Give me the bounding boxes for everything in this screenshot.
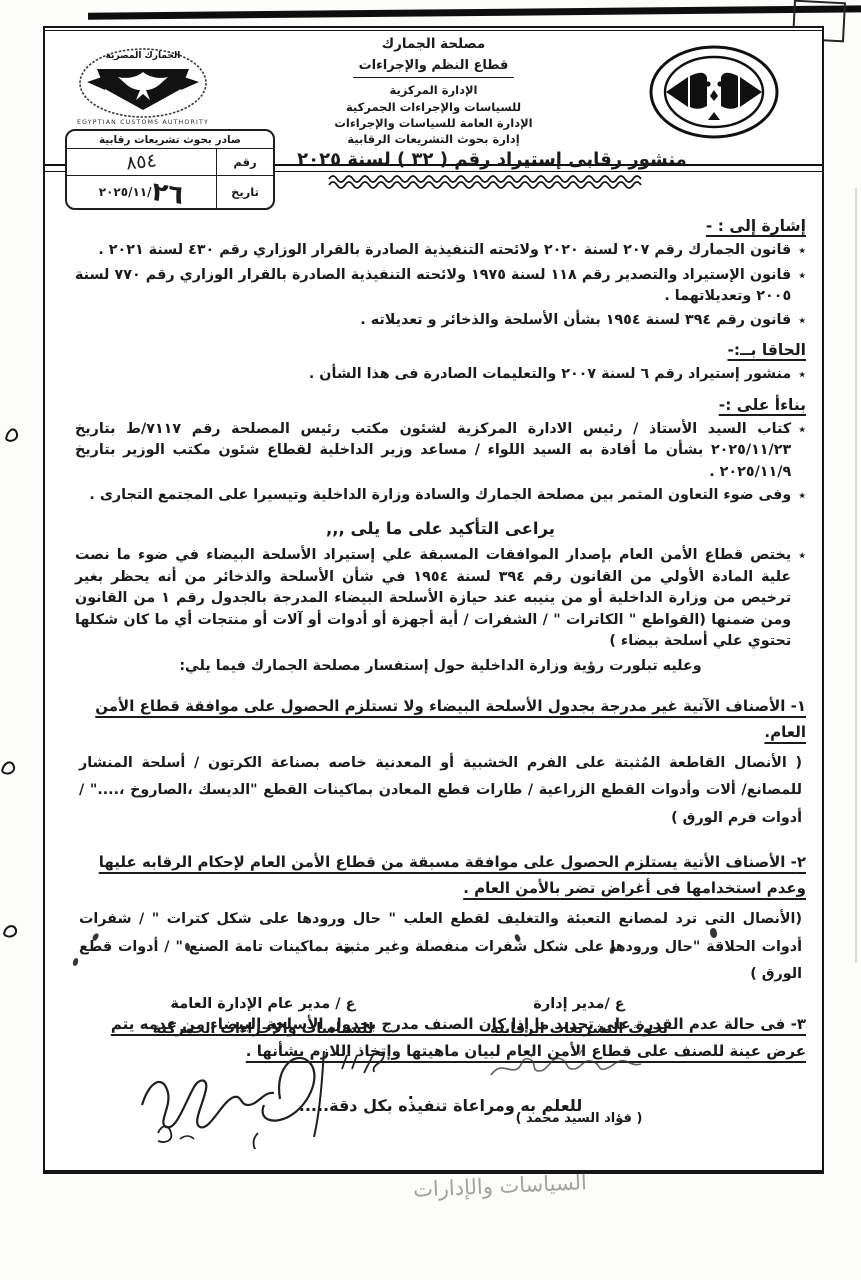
sector-name-wrap: قطاع النظم والإجراءات (353, 54, 515, 79)
frame-inner-rule (45, 30, 822, 31)
based-on-heading: بناءأ على :- (75, 394, 806, 417)
registry-stamp-box: صادر بحوث تشريعات رقابية رقم ٨٥٤ تاريخ ٢… (65, 129, 275, 210)
attached-item-text: منشور إستيراد رقم ٦ لسنة ٢٠٠٧ والتعليمات… (75, 364, 791, 385)
signatory-name-right: ( فؤاد السيد محمد ) (454, 1108, 704, 1130)
margin-ink-mark (2, 922, 18, 944)
stamp-number-label: رقم (216, 149, 273, 175)
item1-body: ( الأنصال القاطعة المُثبتة على الفرم الخ… (79, 750, 802, 834)
authority-name: مصلحة الجمارك (225, 36, 642, 54)
bullet-asterisk: ٭ (798, 240, 806, 262)
bullet-asterisk: ٭ (798, 265, 806, 287)
signature-section: ع /مدير إدارة بحوث التشريعات الرقابية ( … (123, 992, 704, 1158)
central-admin-line: الإدارة المركزية (225, 82, 642, 98)
signature-right-title: ع /مدير إدارة (454, 992, 704, 1017)
margin-ink-mark (0, 758, 16, 780)
based-on-item: ٭ وفى ضوء التعاون المثمر بين مصلحة الجما… (75, 485, 806, 507)
bullet-asterisk: ٭ (798, 545, 806, 567)
handwritten-day: ٢٦ (151, 181, 185, 206)
item1-heading: ١- الأصناف الآتية غير مدرجة بجدول الأسلح… (75, 693, 806, 746)
document-frame: الجمارك المصرية EGYPTIAN CUSTOMS AUTHORI… (43, 26, 824, 1174)
main-paragraph: ٭ يختص قطاع الأمن العام بإصدار الموافقات… (75, 545, 806, 652)
reference-item: ٭ قانون رقم ٣٩٤ لسنة ١٩٥٤ بشأن الأسلحة و… (75, 310, 806, 332)
reference-item-text: قانون الإستيراد والتصدير رقم ١١٨ لسنة ١٩… (75, 265, 791, 308)
stamp-title: صادر بحوث تشريعات رقابية (67, 131, 273, 149)
signature-block-left: ع / مدير عام الإدارة العامة للسياسات وال… (123, 992, 403, 1158)
eagle-emblem-icon (642, 40, 790, 152)
handwritten-signature-left (123, 1041, 403, 1158)
based-on-item-text: كتاب السيد الأستاذ / رئيس الادارة المركز… (75, 419, 791, 483)
bullet-asterisk: ٭ (798, 485, 806, 507)
reference-item-text: قانون رقم ٣٩٤ لسنة ١٩٥٤ بشأن الأسلحة وال… (75, 310, 791, 331)
scan-edge-bar (88, 5, 861, 19)
document-body: إشارة إلى : - ٭ قانون الجمارك رقم ٢٠٧ لس… (75, 208, 806, 1118)
header-org-block: مصلحة الجمارك قطاع النظم والإجراءات الإد… (225, 36, 642, 147)
margin-ink-mark (3, 425, 19, 447)
signature-left-title: ع / مدير عام الإدارة العامة (123, 992, 403, 1017)
emphasis-line: يراعى التأكيد على ما يلى ,,, (75, 517, 806, 542)
general-admin-line: الإدارة العامة للسياسات والإجراءات (225, 115, 642, 131)
stamp-date-value: ٢٠٢٥/١١/ ٢٦ (67, 182, 216, 203)
signature-left-dept: للسياسات والإجراءات الجمركية (123, 1017, 403, 1042)
signature-right-dept: بحوث التشريعات الرقابية (454, 1017, 704, 1042)
bullet-asterisk: ٭ (798, 419, 806, 441)
bullet-asterisk: ٭ (798, 364, 806, 386)
main-paragraph-bold-line: وعليه تبلورت رؤية وزارة الداخلية حول إست… (105, 656, 776, 677)
based-on-item: ٭ كتاب السيد الأستاذ / رئيس الادارة المر… (75, 419, 806, 483)
title-block: منشور رقابى إستيراد رقم ( ٣٢ ) لسنة ٢٠٢٥ (277, 149, 707, 193)
based-on-item-text: وفى ضوء التعاون المثمر بين مصلحة الجمارك… (75, 485, 791, 506)
left-logo-arabic-text: الجمارك المصرية (106, 51, 181, 61)
main-paragraph-text: يختص قطاع الأمن العام بإصدار الموافقات ا… (75, 545, 791, 652)
left-logo-english-text: EGYPTIAN CUSTOMS AUTHORITY (77, 119, 209, 126)
wavy-underline (277, 174, 707, 193)
stamp-date-label: تاريخ (216, 176, 273, 208)
scanned-document-page: الجمارك المصرية EGYPTIAN CUSTOMS AUTHORI… (0, 0, 861, 1280)
scan-edge-line (855, 188, 857, 963)
circular-title: منشور رقابى إستيراد رقم ( ٣٢ ) لسنة ٢٠٢٥ (277, 149, 707, 170)
stamp-date-row: تاريخ ٢٠٢٥/١١/ ٢٦ (67, 176, 273, 208)
central-admin-line2: للسياسات والإجراءات الجمركية (225, 99, 642, 115)
reference-item: ٭ قانون الإستيراد والتصدير رقم ١١٨ لسنة … (75, 265, 806, 308)
handwritten-number: ٨٥٤ (125, 149, 158, 174)
sector-name: قطاع النظم والإجراءات (359, 58, 509, 73)
signature-block-right: ع /مدير إدارة بحوث التشريعات الرقابية ( … (454, 992, 704, 1158)
stamp-number-value: ٨٥٤ (67, 151, 216, 173)
reference-item-text: قانون الجمارك رقم ٢٠٧ لسنة ٢٠٢٠ ولائحته … (75, 240, 791, 261)
stray-ink-dot: · (408, 1088, 414, 1107)
research-admin-line: إدارة بحوث التشريعات الرقابية (225, 131, 642, 147)
stamp-date-printed: ٢٠٢٥/١١/ (99, 185, 152, 199)
handwritten-signature-right (454, 1041, 704, 1102)
stamp-number-row: رقم ٨٥٤ (67, 149, 273, 176)
customs-authority-emblem-icon: الجمارك المصرية EGYPTIAN CUSTOMS AUTHORI… (67, 34, 219, 134)
reference-heading: إشارة إلى : - (75, 215, 806, 238)
attached-item: ٭ منشور إستيراد رقم ٦ لسنة ٢٠٠٧ والتعليم… (75, 364, 806, 386)
reference-item: ٭ قانون الجمارك رقم ٢٠٧ لسنة ٢٠٢٠ ولائحت… (75, 240, 806, 262)
bullet-asterisk: ٭ (798, 310, 806, 332)
item2-heading: ٢- الأصناف الأتية يستلزم الحصول على مواف… (75, 849, 806, 902)
attached-heading: الحاقا بــ:- (75, 339, 806, 362)
